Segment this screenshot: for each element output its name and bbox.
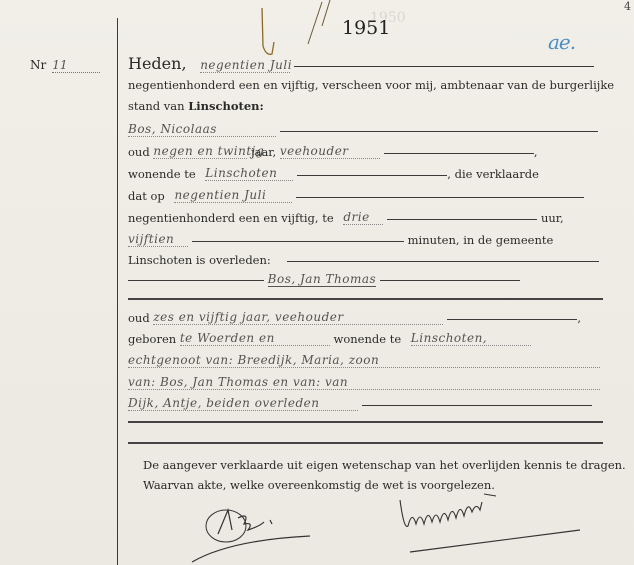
pencil-mark bbox=[258, 6, 282, 58]
heden-label: Heden, bbox=[128, 54, 187, 73]
geboren-label: geboren bbox=[128, 332, 176, 346]
dat-op-label: dat op bbox=[128, 189, 165, 203]
year-line: negentienhonderd een en vijftig, te bbox=[128, 211, 334, 225]
line-3: stand van Linschoten: bbox=[128, 99, 603, 115]
line-death-hour: negentienhonderd een en vijftig, te drie… bbox=[128, 210, 603, 226]
margin-rule bbox=[117, 18, 118, 565]
record-number: Nr11 bbox=[30, 58, 100, 73]
oud-label: oud bbox=[128, 145, 150, 159]
minuten-label: minuten, in de gemeente bbox=[408, 233, 554, 247]
uur-label: uur, bbox=[541, 211, 564, 225]
line-parents-2: Dijk, Antje, beiden overleden bbox=[128, 396, 603, 412]
line3-prefix: stand van bbox=[128, 99, 185, 113]
line3-place: Linschoten: bbox=[188, 99, 264, 113]
record-number-label: Nr bbox=[30, 58, 46, 72]
separator-rule-2 bbox=[128, 421, 603, 423]
declarant-name: Bos, Nicolaas bbox=[128, 122, 276, 137]
deceased-name: Bos, Jan Thomas bbox=[268, 272, 377, 287]
overleden-label: Linschoten is overleden: bbox=[128, 253, 271, 267]
line-overleden: Linschoten is overleden: bbox=[128, 253, 603, 269]
line-declarant-age: oud negen en twintig jaar, veehouder, bbox=[128, 144, 603, 160]
spouse: echtgenoot van: Breedijk, Maria, zoon bbox=[128, 353, 600, 368]
death-minutes: vijftien bbox=[128, 232, 188, 247]
deceased-wonende-label: wonende te bbox=[333, 332, 401, 346]
footer-line-1: De aangever verklaarde uit eigen wetensc… bbox=[143, 458, 626, 472]
heden-value: negentien Juli bbox=[200, 58, 290, 73]
separator-rule-3 bbox=[128, 442, 603, 444]
birth-place: te Woerden en bbox=[180, 331, 330, 346]
parents-1: van: Bos, Jan Thomas en van: van bbox=[128, 375, 600, 390]
line-declarant-name: Bos, Nicolaas bbox=[128, 122, 603, 138]
line-spouse: echtgenoot van: Breedijk, Maria, zoon bbox=[128, 353, 603, 369]
official-signature bbox=[390, 490, 590, 560]
declarant-signature bbox=[190, 500, 310, 565]
jaar-label: jaar, bbox=[251, 145, 276, 159]
line-declarant-residence: wonende te Linschoten, die verklaarde bbox=[128, 166, 603, 182]
parents-2: Dijk, Antje, beiden overleden bbox=[128, 396, 358, 411]
death-certificate-page: 1950 1951 4 ae. Nr11 Heden, negentien Ju… bbox=[0, 0, 634, 565]
deceased-oud-label: oud bbox=[128, 311, 150, 325]
record-number-value: 11 bbox=[52, 58, 100, 73]
declarant-age: negen en twintig bbox=[153, 144, 247, 159]
line-2: negentienhonderd een en vijftig, versche… bbox=[128, 78, 603, 94]
verklaarde-label: , die verklaarde bbox=[447, 167, 539, 181]
page-corner-mark: 4 bbox=[624, 0, 631, 13]
death-hour: drie bbox=[343, 210, 383, 225]
line-birthplace: geboren te Woerden en wonende te Linscho… bbox=[128, 331, 603, 347]
blue-annotation: ae. bbox=[548, 30, 575, 54]
separator-rule bbox=[128, 298, 603, 300]
line-deceased-name: Bos, Jan Thomas bbox=[128, 272, 603, 288]
deceased-residence: Linschoten, bbox=[411, 331, 531, 346]
declarant-residence: Linschoten bbox=[205, 166, 293, 181]
line-parents-1: van: Bos, Jan Thomas en van: van bbox=[128, 375, 603, 391]
line-death-date: dat op negentien Juli bbox=[128, 188, 603, 204]
line-deceased-age: oud zes en vijftig jaar, veehouder, bbox=[128, 310, 603, 326]
deceased-age-occupation: zes en vijftig jaar, veehouder bbox=[153, 310, 443, 325]
line-death-minutes: vijftien minuten, in de gemeente bbox=[128, 232, 603, 248]
wonende-label: wonende te bbox=[128, 167, 196, 181]
document-year: 1951 bbox=[342, 17, 390, 39]
line-heden: Heden, negentien Juli bbox=[128, 54, 603, 70]
pencil-slash-mark bbox=[304, 0, 334, 48]
death-date: negentien Juli bbox=[174, 188, 292, 203]
declarant-occupation: veehouder bbox=[280, 144, 380, 159]
